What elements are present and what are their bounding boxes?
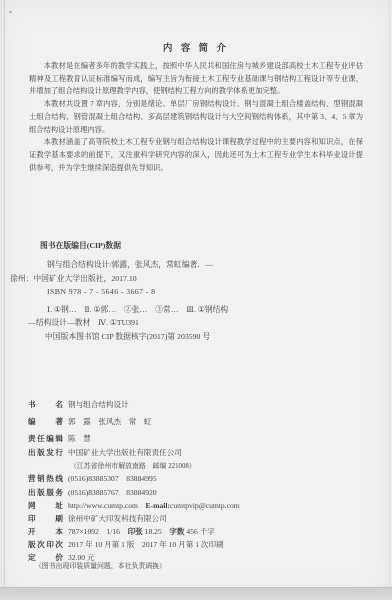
intro-paragraph-1: 本教材是在编者多年的教学实践上，按照中华人民共和国住房与城乡建设部高校土木工程专… [29,60,363,98]
colophon-label: 书名 [28,399,63,410]
colophon-label: 开本 [28,526,63,537]
colophon-row: 印刷徐州中矿大印发科技有限公司 [28,513,240,526]
colophon-value: (0516)83885307 83884995 [68,473,157,484]
colophon-value: 钢与组合结构设计 [68,399,129,410]
colophon-label: 出版服务 [28,487,63,498]
colophon-row: 责任编辑陈 慧 [28,433,240,446]
cip-isbn-line: ISBN 978 - 7 - 5646 - 3667 - 8 [47,287,155,296]
colophon-row: 出版发行中国矿业大学出版社有限责任公司 [28,447,240,460]
colophon-label: 网址 [28,500,63,511]
colophon-label: 出版发行 [28,447,63,458]
content-summary-title: 内 容 简 介 [0,40,392,54]
book-copyright-page: 内 容 简 介 本教材是在编者多年的教学实践上，按照中华人民共和国住房与城乡建设… [0,0,392,600]
cip-header: 图书在版编目(CIP)数据 [40,240,121,251]
colophon-value: （江苏省徐州市解放南路 邮编 221008） [70,460,196,470]
colophon-label: 版次印次 [28,539,63,550]
colophon-row: 开本787×1092 1/16 印张 18.25 字数 456 千字 [28,526,240,539]
colophon-label: 编著 [28,416,63,427]
colophon-row: 编著郭 露 张风杰 常 虹 [28,416,240,429]
content-summary-paragraphs: 本教材是在编者多年的教学实践上，按照中华人民共和国住房与城乡建设部高校土木工程专… [29,60,363,174]
colophon-row: 出版服务(0516)83885767 83884920 [28,487,240,500]
colophon-row: 版次印次2017 年 10 月第 1 版 2017 年 10 月第 1 次印刷 [28,539,240,552]
colophon-value: 陈 慧 [68,433,91,444]
cip-record-number-line: 中国版本图书馆 CIP 数据核字(2017)第 203590 号 [45,331,210,342]
colophon-address-row: （江苏省徐州市解放南路 邮编 221008） [28,460,240,473]
colophon-label: 责任编辑 [28,433,63,444]
print-quality-note: （图书出现印装质量问题，本社负责调换） [35,560,166,570]
colophon-label: 营销热线 [28,473,63,484]
colophon-label: 印刷 [28,513,63,524]
colophon-value: (0516)83885767 83884920 [68,487,157,498]
colophon-value: http://www.cumtp.com E-mail:cumtpvip@cum… [68,500,240,511]
intro-paragraph-3: 本教材涵盖了高等院校土木工程专业钢与组合结构设计课程教学过程中的主要内容和知识点… [29,136,363,174]
colophon-value: 787×1092 1/16 印张 18.25 字数 456 千字 [68,526,215,537]
cip-publisher-line: 徐州：中国矿业大学出版社，2017.10 [10,273,137,284]
intro-paragraph-2: 本教材共设置 7 章内容，分别是绪论、单层厂房钢结构设计、钢与混凝土组合楼盖结构… [29,98,363,136]
scan-edge-line [1,0,2,600]
colophon-value: 2017 年 10 月第 1 版 2017 年 10 月第 1 次印刷 [68,539,224,550]
cip-classification-line-2: —结构设计—教材 Ⅳ. ①TU391 [28,317,139,328]
colophon-value: 郭 露 张风杰 常 虹 [68,416,152,427]
colophon-rows: 书名钢与组合结构设计编著郭 露 张风杰 常 虹责任编辑陈 慧出版发行中国矿业大学… [28,399,240,566]
scan-bottom-edge [0,587,392,600]
colophon-value: 中国矿业大学出版社有限责任公司 [68,447,182,458]
colophon-row: 营销热线(0516)83885307 83884995 [28,473,240,486]
scan-edge-line [389,0,390,600]
cip-title-authors-line: 钢与组合结构设计/郭露，张风杰，常虹编著．— [47,259,213,270]
colophon-row: 书名钢与组合结构设计 [28,399,240,412]
scan-edge-line [4,0,5,600]
colophon-value: 徐州中矿大印发科技有限公司 [68,513,167,524]
scan-artifact [9,11,12,13]
colophon-row: 网址http://www.cumtp.com E-mail:cumtpvip@c… [28,500,240,513]
cip-classification-line-1: Ⅰ. ①钢… Ⅱ. ①郭… ②张… ③常… Ⅲ. ①钢结构 [47,304,228,315]
